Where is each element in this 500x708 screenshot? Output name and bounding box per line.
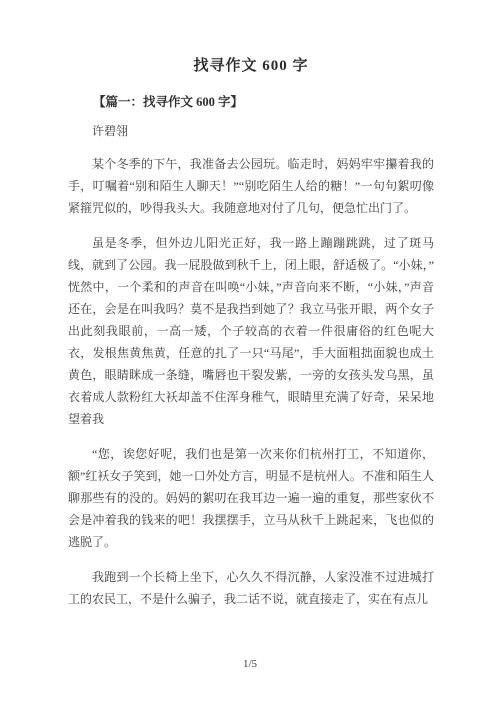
page-title: 找寻作文 600 字 — [68, 56, 434, 76]
paragraph-3: “您，诶您好呢，我们也是第一次来你们杭州打工，不知道你，额”红袄女子笑到，她一口… — [68, 443, 434, 553]
author-name: 许碧翎 — [68, 122, 434, 140]
paragraph-4: 我跑到一个长椅上坐下，心久久不得沉静，人家没准不过进城打工的农民工，不是什么骗子… — [68, 566, 434, 610]
paragraph-2: 虽是冬季，但外边儿阳光正好，我一路上蹦蹦跳跳，过了斑马线，就到了公园。我一屁股做… — [68, 232, 434, 430]
paragraph-1: 某个冬季的下午，我准备去公园玩。临走时，妈妈牢牢攥着我的手，叮嘱着“别和陌生人聊… — [68, 153, 434, 219]
section-heading: 【篇一：找寻作文 600 字】 — [68, 93, 434, 111]
document-page: 找寻作文 600 字 【篇一：找寻作文 600 字】 许碧翎 某个冬季的下午，我… — [0, 0, 500, 708]
page-number: 1/5 — [0, 658, 500, 670]
